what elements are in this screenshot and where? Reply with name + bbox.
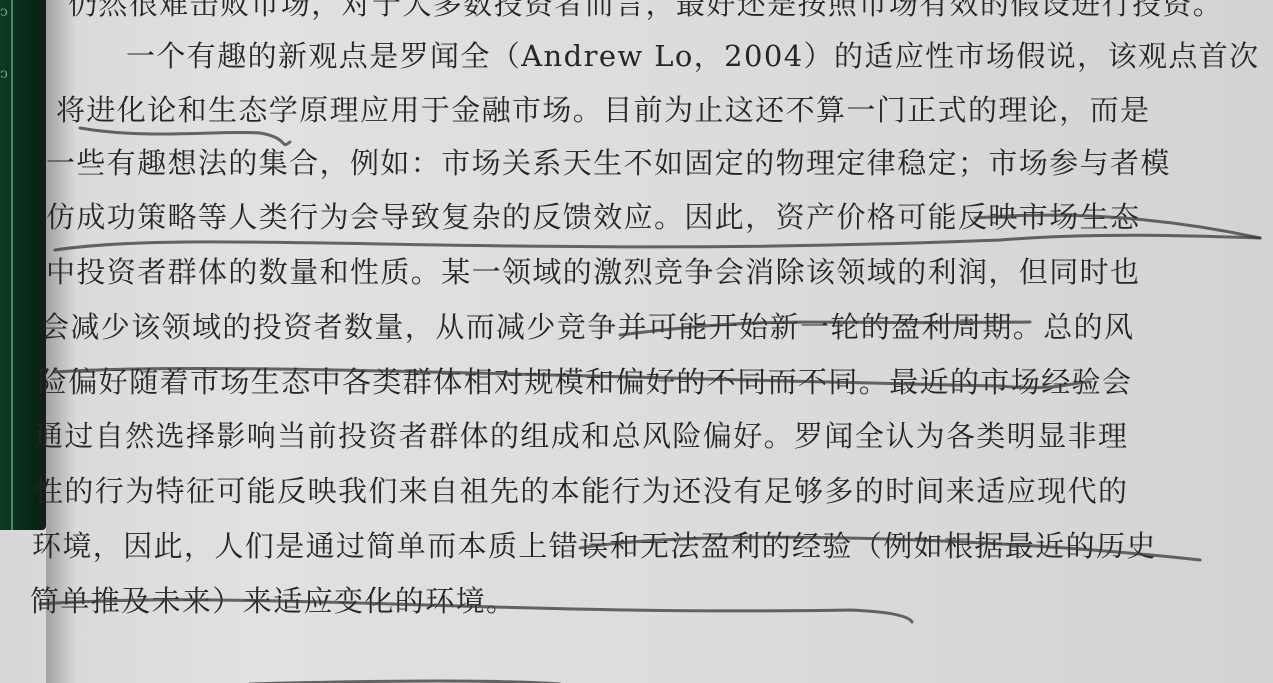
text-line-4: 一些有趣想法的集合，例如：市场关系天生不如固定的物理定律稳定；市场参与者模	[46, 145, 1171, 181]
text-line-8: 险偏好随着市场生态中各类群体相对规模和偏好的不同而不同。最近的市场经验会	[38, 364, 1132, 400]
text-line-3: 将进化论和生态学原理应用于金融市场。目前为止这还不算一门正式的理论，而是	[56, 92, 1150, 128]
text-line-5: 仿成功策略等人类行为会导致复杂的反馈效应。因此，资产价格可能反映市场生态	[46, 199, 1140, 235]
text-line-1: 仍然很难击败市场，对于大多数投资者而言，最好还是按照市场有效的假设进行投资。	[68, 0, 1223, 22]
text-line-12: 简单推及未来）来适应变化的环境。	[30, 583, 516, 619]
cover-decoration-icon: ↄ	[0, 66, 8, 82]
text-line-7: 会减少该领域的投资者数量，从而减少竞争并可能开始新一轮的盈利周期。总的风	[40, 309, 1134, 345]
underline-evolution	[80, 128, 290, 145]
cover-edge-line	[11, 0, 13, 530]
text-line-6: 中投资者群体的数量和性质。某一领域的激烈竞争会消除该领域的利润，但同时也	[46, 254, 1140, 290]
text-line-9: 通过自然选择影响当前投资者群体的组成和总风险偏好。罗闻全认为各类明显非理	[34, 418, 1128, 454]
underline-participants-2	[55, 235, 1260, 250]
text-line-11: 环境，因此，人们是通过简单而本质上错误和无法盈利的经验（例如根据最近的历史	[32, 528, 1157, 564]
cover-decoration-icon: ↄ	[0, 4, 8, 20]
text-line-2: 一个有趣的新观点是罗闻全（Andrew Lo，2004）的适应性市场假说，该观点…	[126, 38, 1260, 74]
text-line-10: 性的行为特征可能反映我们来自祖先的本能行为还没有足够多的时间来适应现代的	[34, 473, 1128, 509]
